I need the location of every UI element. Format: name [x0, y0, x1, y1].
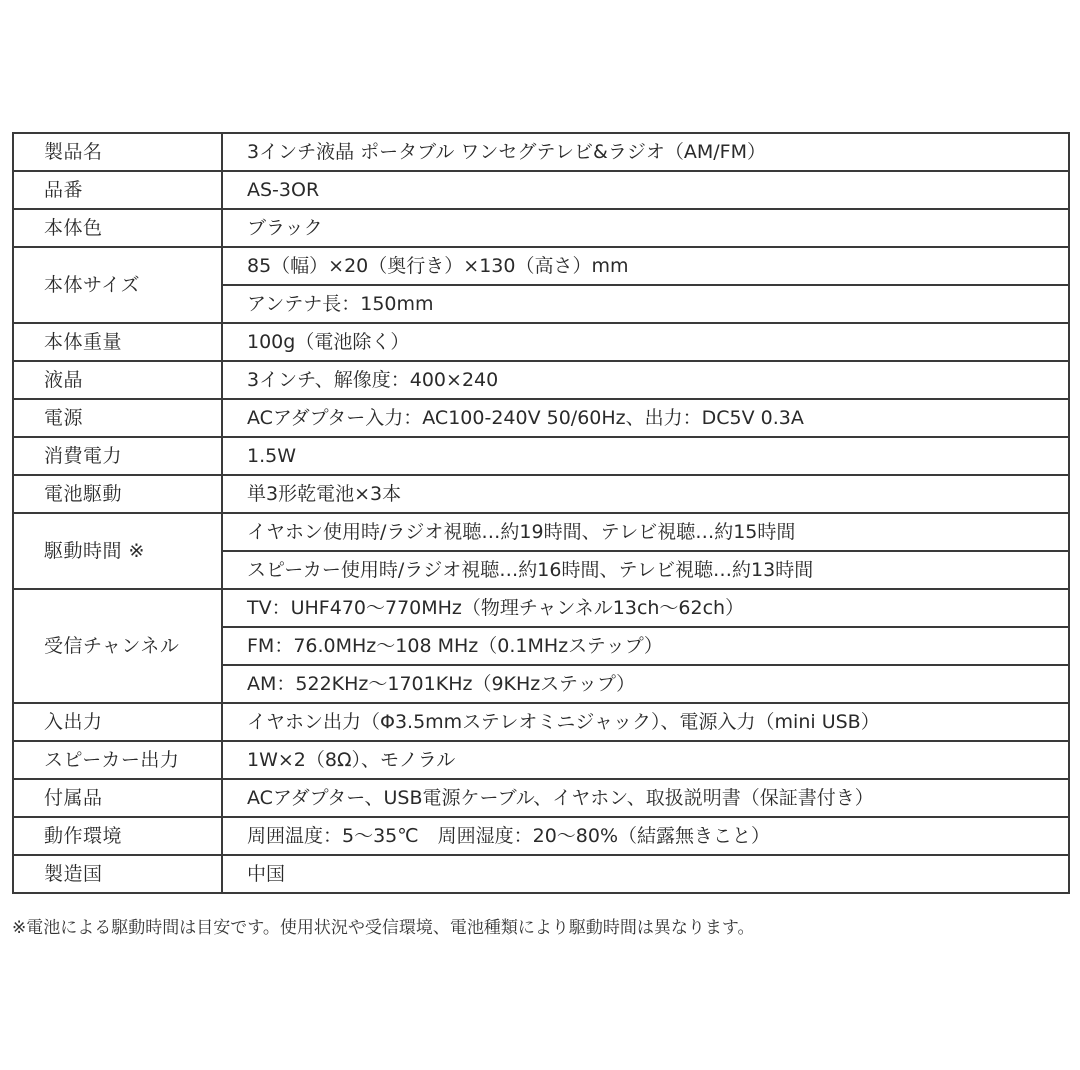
row-label-operating-environment: 動作環境	[13, 817, 222, 855]
table-row: スピーカー出力 1W×2（8Ω）、モノラル	[13, 741, 1069, 779]
row-value-operating-time-earphone: イヤホン使用時/ラジオ視聴…約19時間、テレビ視聴…約15時間	[222, 513, 1069, 551]
row-value-speaker-output: 1W×2（8Ω）、モノラル	[222, 741, 1069, 779]
row-value-io: イヤホン出力（Φ3.5mmステレオミニジャック）、電源入力（mini USB）	[222, 703, 1069, 741]
row-label-accessories: 付属品	[13, 779, 222, 817]
row-label-model-number: 品番	[13, 171, 222, 209]
table-row: 品番 AS-3OR	[13, 171, 1069, 209]
table-row: 駆動時間 ※ イヤホン使用時/ラジオ視聴…約19時間、テレビ視聴…約15時間	[13, 513, 1069, 551]
row-value-body-color: ブラック	[222, 209, 1069, 247]
table-row: 電源 ACアダプター入力：AC100-240V 50/60Hz、出力：DC5V …	[13, 399, 1069, 437]
table-row: 消費電力 1.5W	[13, 437, 1069, 475]
row-label-speaker-output: スピーカー出力	[13, 741, 222, 779]
row-label-weight: 本体重量	[13, 323, 222, 361]
row-label-country-of-manufacture: 製造国	[13, 855, 222, 893]
table-row: 付属品 ACアダプター、USB電源ケーブル、イヤホン、取扱説明書（保証書付き）	[13, 779, 1069, 817]
row-value-power-consumption: 1.5W	[222, 437, 1069, 475]
row-label-battery: 電池駆動	[13, 475, 222, 513]
table-row: 製造国 中国	[13, 855, 1069, 893]
row-label-operating-time: 駆動時間 ※	[13, 513, 222, 589]
table-row: 液晶 3インチ、解像度：400×240	[13, 361, 1069, 399]
spec-table: 製品名 3インチ液晶 ポータブル ワンセグテレビ&ラジオ（AM/FM） 品番 A…	[12, 132, 1070, 894]
row-value-weight: 100g（電池除く）	[222, 323, 1069, 361]
row-value-reception-am: AM：522KHz〜1701KHz（9KHzステップ）	[222, 665, 1069, 703]
table-row: 本体色 ブラック	[13, 209, 1069, 247]
row-label-body-color: 本体色	[13, 209, 222, 247]
table-row: 入出力 イヤホン出力（Φ3.5mmステレオミニジャック）、電源入力（mini U…	[13, 703, 1069, 741]
row-value-antenna-length: アンテナ長：150mm	[222, 285, 1069, 323]
row-value-power-source: ACアダプター入力：AC100-240V 50/60Hz、出力：DC5V 0.3…	[222, 399, 1069, 437]
table-row: 受信チャンネル TV：UHF470〜770MHz（物理チャンネル13ch〜62c…	[13, 589, 1069, 627]
row-value-body-dimensions: 85（幅）×20（奥行き）×130（高さ）mm	[222, 247, 1069, 285]
row-label-product-name: 製品名	[13, 133, 222, 171]
row-value-accessories: ACアダプター、USB電源ケーブル、イヤホン、取扱説明書（保証書付き）	[222, 779, 1069, 817]
row-label-lcd: 液晶	[13, 361, 222, 399]
row-label-reception-channels: 受信チャンネル	[13, 589, 222, 703]
table-row: 本体サイズ 85（幅）×20（奥行き）×130（高さ）mm	[13, 247, 1069, 285]
row-value-reception-fm: FM：76.0MHz〜108 MHz（0.1MHzステップ）	[222, 627, 1069, 665]
row-value-lcd: 3インチ、解像度：400×240	[222, 361, 1069, 399]
row-value-country-of-manufacture: 中国	[222, 855, 1069, 893]
row-value-operating-environment: 周囲温度：5〜35℃ 周囲湿度：20〜80%（結露無きこと）	[222, 817, 1069, 855]
row-label-power-consumption: 消費電力	[13, 437, 222, 475]
row-value-battery: 単3形乾電池×3本	[222, 475, 1069, 513]
row-value-product-name: 3インチ液晶 ポータブル ワンセグテレビ&ラジオ（AM/FM）	[222, 133, 1069, 171]
table-row: 電池駆動 単3形乾電池×3本	[13, 475, 1069, 513]
row-value-operating-time-speaker: スピーカー使用時/ラジオ視聴…約16時間、テレビ視聴…約13時間	[222, 551, 1069, 589]
row-label-power-source: 電源	[13, 399, 222, 437]
row-value-reception-tv: TV：UHF470〜770MHz（物理チャンネル13ch〜62ch）	[222, 589, 1069, 627]
table-row: 本体重量 100g（電池除く）	[13, 323, 1069, 361]
table-row: 製品名 3インチ液晶 ポータブル ワンセグテレビ&ラジオ（AM/FM）	[13, 133, 1069, 171]
row-label-io: 入出力	[13, 703, 222, 741]
footnote: ※電池による駆動時間は目安です。使用状況や受信環境、電池種類により駆動時間は異な…	[12, 914, 755, 942]
row-label-body-size: 本体サイズ	[13, 247, 222, 323]
table-row: 動作環境 周囲温度：5〜35℃ 周囲湿度：20〜80%（結露無きこと）	[13, 817, 1069, 855]
row-value-model-number: AS-3OR	[222, 171, 1069, 209]
